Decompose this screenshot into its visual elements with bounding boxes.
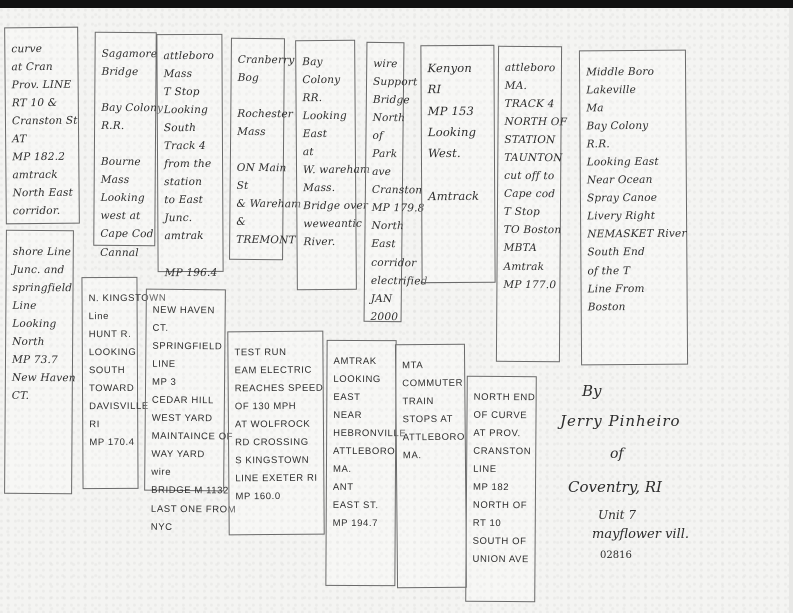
card-line: wire: [151, 464, 219, 483]
note-card: attleboroMassT StopLookingSouthTrack 4fr…: [156, 34, 223, 272]
note-card: curveat CranProv. LINERT 10 &Cranston St…: [4, 27, 80, 225]
card-line: Sagamore: [102, 45, 152, 63]
card-line: T Stop: [164, 83, 218, 101]
card-line: Boston: [588, 297, 683, 316]
card-line: STATION: [504, 131, 556, 149]
card-line: AMTRAK: [333, 353, 391, 371]
note-card: wireSupportBridgeNorthofParkaveCranstonM…: [364, 42, 405, 322]
card-line: Mass: [237, 123, 279, 141]
signature-street: mayflower vill.: [592, 527, 689, 542]
card-line: NORTH END: [474, 389, 532, 407]
card-line: Near Ocean: [587, 171, 682, 190]
card-line: Bourne: [101, 153, 151, 171]
card-line: Cranberry: [238, 51, 280, 69]
signature-name: Jerry Pinheiro: [560, 412, 681, 430]
card-line: Cranston: [372, 181, 398, 199]
card-line: Bridge: [101, 63, 151, 81]
card-line: Kenyon: [427, 58, 489, 80]
card-line: Middle Boro: [586, 63, 681, 82]
card-line: CT.: [152, 320, 220, 339]
card-line: River.: [303, 233, 351, 251]
card-line: MP 3: [152, 374, 220, 393]
card-line: RT 10: [473, 515, 531, 533]
card-line: Line From: [588, 279, 683, 298]
card-line: MP 153: [428, 100, 490, 122]
card-line: cut off to: [504, 167, 556, 185]
card-line: corridor.: [13, 202, 75, 221]
card-line: RR.: [302, 89, 350, 107]
card-line: BRIDGE M 1132: [151, 482, 219, 501]
note-card: attleboroMA.TRACK 4NORTH OFSTATIONTAUNTO…: [496, 46, 562, 362]
card-line: MP 194.7: [333, 515, 391, 533]
card-line: TEST RUN: [234, 344, 318, 363]
card-line: T Stop: [504, 203, 556, 221]
card-line: MP 196.4: [165, 263, 219, 281]
card-line: REACHES SPEED: [235, 380, 319, 399]
card-line: WEST YARD: [152, 410, 220, 429]
card-line: CT.: [12, 387, 68, 405]
card-line: HEBRONVILLE: [333, 425, 391, 443]
card-line: SPRINGFIELD: [152, 338, 220, 357]
card-line: ATTLEBORO: [333, 443, 391, 461]
card-line: Spray Canoe: [587, 189, 682, 208]
card-line: attleboro: [163, 47, 217, 65]
card-line: AT: [12, 130, 74, 149]
card-line: at: [303, 143, 351, 161]
card-line: attleboro: [505, 59, 557, 77]
card-line: Junc. and: [13, 261, 69, 279]
note-card: MTACOMMUTERTRAINSTOPS ATATTLEBOROMA.: [395, 344, 467, 589]
scan-right-edge: [789, 8, 793, 613]
card-line: Livery Right: [587, 207, 682, 226]
card-line: Ma: [586, 99, 681, 118]
card-line: LOOKING: [89, 344, 133, 362]
card-line: SOUTH OF: [473, 533, 531, 551]
card-line: North East: [13, 184, 75, 203]
note-card: KenyonRIMP 153LookingWest. Amtrack: [420, 45, 495, 283]
note-card: NEW HAVENCT.SPRINGFIELDLINEMP 3CEDAR HIL…: [144, 289, 226, 492]
card-line: North: [12, 333, 68, 351]
card-line: TREMONT: [236, 231, 278, 249]
card-line: MP 160.0: [235, 488, 319, 507]
card-line: Bridge: [373, 91, 399, 109]
card-line: Lakeville: [586, 81, 681, 100]
card-line: ANT: [333, 479, 391, 497]
card-line: of: [372, 127, 398, 145]
card-line: CRANSTON: [473, 443, 531, 461]
note-card: shore LineJunc. andspringfieldLineLookin…: [4, 230, 74, 494]
card-line: LINE: [152, 356, 220, 375]
card-line: AT WOLFROCK: [235, 416, 319, 435]
card-line: [164, 245, 218, 263]
card-line: COMMUTER: [402, 375, 460, 394]
card-line: corridor: [371, 253, 397, 271]
card-line: NEAR: [333, 407, 391, 425]
card-line: HUNT R.: [89, 326, 133, 344]
card-line: MBTA: [504, 239, 556, 257]
note-card: CranberryBog RochesterMass ON MainSt& Wa…: [229, 38, 285, 260]
card-line: station: [164, 173, 218, 191]
card-line: wire: [373, 55, 399, 73]
card-line: St: [237, 177, 279, 195]
card-line: MA.: [505, 77, 557, 95]
card-line: MP 182.2: [12, 148, 74, 167]
card-line: NEW HAVEN: [153, 302, 221, 321]
card-line: Rochester: [237, 105, 279, 123]
card-line: MA.: [403, 447, 461, 466]
card-line: [428, 164, 490, 186]
signature-place: Coventry, RI: [568, 478, 662, 496]
card-line: Prov. LINE: [12, 76, 74, 95]
card-line: OF 130 MPH: [235, 398, 319, 417]
card-line: shore Line: [13, 243, 69, 261]
card-line: STOPS AT: [403, 411, 461, 430]
card-line: R.R.: [586, 135, 681, 154]
card-line: [101, 135, 151, 153]
card-line: S KINGSTOWN: [235, 452, 319, 471]
card-line: Bay Colony: [101, 99, 151, 117]
card-line: NEMASKET River: [587, 225, 682, 244]
note-card: NORTH ENDOF CURVEAT PROV.CRANSTONLINEMP …: [465, 376, 537, 602]
card-line: RD CROSSING: [235, 434, 319, 453]
signature-unit: Unit 7: [598, 508, 636, 522]
card-line: ave: [372, 163, 398, 181]
card-line: Bridge over: [303, 197, 351, 215]
card-line: Cape cod: [504, 185, 556, 203]
signature-of: of: [610, 446, 624, 462]
card-line: Line: [89, 308, 133, 326]
card-line: Looking: [101, 189, 151, 207]
card-line: Bay Colony: [586, 117, 681, 136]
card-line: ATTLEBORO: [403, 429, 461, 448]
card-line: Cape Cod: [100, 225, 150, 243]
card-line: R.R.: [101, 117, 151, 135]
card-line: & Wareham: [236, 195, 278, 213]
note-card: AMTRAKLOOKINGEASTNEARHEBRONVILLEATTLEBOR…: [325, 340, 396, 586]
card-line: UNION AVE: [472, 551, 530, 569]
card-line: TRAIN: [402, 393, 460, 412]
card-line: Looking: [428, 122, 490, 144]
card-line: Mass.: [303, 179, 351, 197]
card-line: Park: [372, 145, 398, 163]
card-line: Support: [373, 73, 399, 91]
card-line: Junc.: [164, 209, 218, 227]
card-line: OF CURVE: [473, 407, 531, 425]
card-line: Mass: [101, 171, 151, 189]
card-line: MAINTAINCE OF: [152, 428, 220, 447]
card-line: TRACK 4: [505, 95, 557, 113]
card-line: MP 179.8: [372, 199, 398, 217]
card-line: 2000: [370, 308, 396, 326]
card-line: of the T: [587, 261, 682, 280]
card-line: TO Boston: [504, 221, 556, 239]
note-card: N. KINGSTOWNLineHUNT R.LOOKINGSOUTHTOWAR…: [81, 277, 138, 489]
card-line: NORTH OF: [473, 497, 531, 515]
card-line: CEDAR HILL: [152, 392, 220, 411]
card-line: EAST ST.: [333, 497, 391, 515]
card-line: MP 182: [473, 479, 531, 497]
card-line: South End: [587, 243, 682, 262]
card-line: [101, 81, 151, 99]
card-line: W. wareham: [303, 161, 351, 179]
card-line: Cranston St: [12, 112, 74, 131]
card-line: LINE EXETER RI: [235, 470, 319, 489]
card-line: RT 10 &: [12, 94, 74, 113]
card-line: East: [371, 235, 397, 253]
note-card: TEST RUNEAM ELECTRICREACHES SPEEDOF 130 …: [227, 331, 324, 536]
card-line: Bog: [238, 69, 280, 87]
card-line: TAUNTON: [504, 149, 556, 167]
card-line: Mass: [164, 65, 218, 83]
card-line: EAM ELECTRIC: [235, 362, 319, 381]
note-card: Middle BoroLakevilleMaBay ColonyR.R.Look…: [579, 50, 688, 366]
note-card: BayColonyRR.LookingEastatW. warehamMass.…: [295, 40, 357, 290]
card-line: TOWARD: [89, 380, 133, 398]
card-line: JAN: [371, 289, 397, 307]
card-line: at Cran: [11, 58, 73, 77]
card-line: AT PROV.: [473, 425, 531, 443]
card-line: Track 4: [164, 137, 218, 155]
card-line: to East: [164, 191, 218, 209]
card-line: West.: [428, 143, 490, 165]
card-line: WAY YARD: [151, 446, 219, 465]
card-line: MA.: [333, 461, 391, 479]
signature-zip: 02816: [600, 550, 632, 561]
card-line: electrified: [371, 271, 397, 289]
card-line: LAST ONE FROM: [151, 500, 219, 519]
card-line: DAVISVILLE: [89, 398, 133, 416]
card-line: RI: [89, 416, 133, 434]
card-line: curve: [11, 40, 73, 59]
card-line: Amtrack: [428, 185, 490, 207]
card-line: from the: [164, 155, 218, 173]
card-line: Cannal: [100, 243, 150, 261]
card-line: LOOKING: [333, 371, 391, 389]
card-line: Looking East: [587, 153, 682, 172]
card-line: MTA: [402, 357, 460, 376]
card-line: N. KINGSTOWN: [89, 290, 133, 308]
card-line: MP 170.4: [89, 434, 133, 452]
card-line: RI: [428, 79, 490, 101]
card-line: NORTH OF: [505, 113, 557, 131]
card-line: Colony: [302, 71, 350, 89]
card-line: MP 177.0: [503, 275, 555, 293]
card-line: Looking: [303, 107, 351, 125]
card-line: SOUTH: [89, 362, 133, 380]
card-line: New Haven: [12, 369, 68, 387]
card-line: ON Main: [237, 159, 279, 177]
card-line: NYC: [151, 518, 219, 537]
card-line: East: [303, 125, 351, 143]
card-line: North: [373, 109, 399, 127]
card-line: EAST: [333, 389, 391, 407]
card-line: LINE: [473, 461, 531, 479]
card-line: weweantic: [303, 215, 351, 233]
note-card: SagamoreBridge Bay ColonyR.R. BourneMass…: [93, 32, 156, 246]
card-line: Bay: [302, 53, 350, 71]
card-line: Looking: [164, 101, 218, 119]
card-line: amtrak: [164, 227, 218, 245]
signature-by: By: [582, 382, 602, 400]
card-line: &: [236, 213, 278, 231]
card-line: Looking: [12, 315, 68, 333]
card-line: Line: [12, 297, 68, 315]
card-line: springfield: [12, 279, 68, 297]
card-line: North: [371, 217, 397, 235]
card-line: MP 73.7: [12, 351, 68, 369]
card-line: South: [164, 119, 218, 137]
card-line: amtrack: [12, 166, 74, 185]
card-line: west at: [100, 207, 150, 225]
card-line: [237, 87, 279, 105]
card-line: Amtrak: [504, 257, 556, 275]
card-line: [237, 141, 279, 159]
